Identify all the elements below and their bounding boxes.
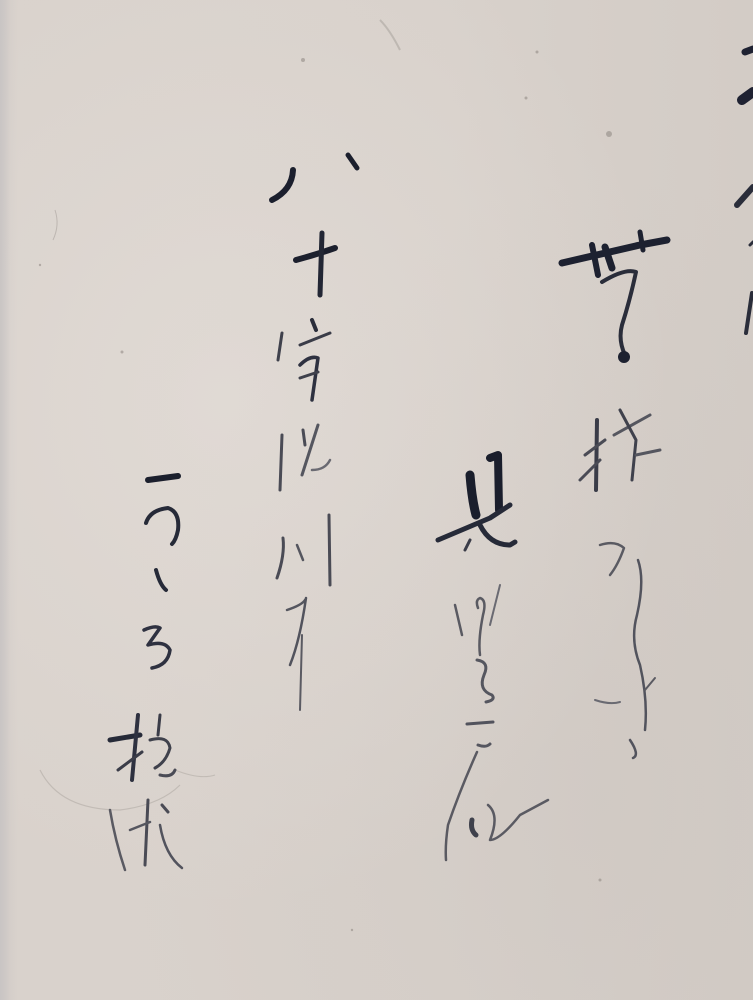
ink-strokes	[0, 0, 753, 1000]
column-edge	[737, 49, 753, 333]
column-2	[438, 455, 548, 860]
calligraphy-paper: (cropped) せ梓ゆき 見はるこゐ 八十宮濱川ネ 一つゝろ搖状	[0, 0, 753, 1000]
column-3	[272, 155, 357, 710]
column-1	[562, 232, 667, 758]
paper-fibers	[39, 20, 612, 931]
column-4	[110, 476, 182, 870]
